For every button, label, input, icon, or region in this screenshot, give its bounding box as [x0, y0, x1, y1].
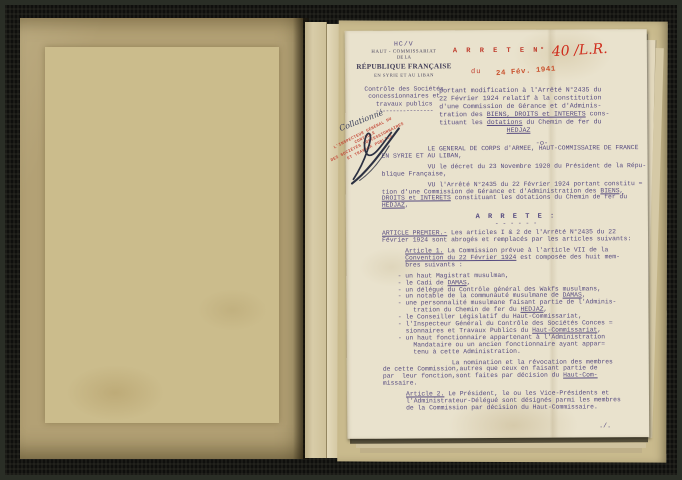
reference-code: HC/V: [355, 40, 453, 48]
article-premier: ARTICLE PREMIER.- Les articles I & 2 de …: [382, 229, 650, 244]
vu-clause-2: VU l'Arrêté N°2435 du 22 Février 1924 po…: [382, 181, 650, 210]
list-item: - un haut fonctionnaire appartenant à l'…: [383, 334, 651, 356]
decree-heading: A R R E T E N° 40 /L.R. du 24 Fév. 1941: [453, 42, 645, 78]
handwritten-decree-number: 40 /L.R.: [551, 41, 608, 60]
book-scan: HC/V HAUT - COMMISSARIAT DE LA RÉPUBLIQU…: [0, 0, 682, 480]
decree-body: LE GENERAL DE CORPS d'ARMEE, HAUT-COMMIS…: [381, 145, 651, 417]
article-2: Article 2. Le Président, le ou les Vice-…: [383, 390, 651, 412]
arrete-number-label: A R R E T E N°: [453, 43, 547, 56]
left-endpaper: [20, 18, 303, 459]
page-stack-bottom-edge: [360, 448, 642, 453]
arrete-dashes: - - - - - -: [382, 220, 650, 227]
nomination-paragraph: La nomination et la révocation des membr…: [383, 359, 651, 388]
members-list: - un haut Magistrat musulman, - le Cadi …: [382, 272, 651, 357]
vu-clause-1: VU le décret du 23 Novembre 1920 du Prés…: [382, 163, 650, 178]
date-stamp: 24 Fév. 1941: [496, 66, 556, 79]
continuation-mark: ./.: [599, 422, 611, 429]
letterhead-line: HAUT - COMMISSARIAT: [355, 49, 453, 55]
du-label: du: [471, 68, 481, 76]
opening-formula: LE GENERAL DE CORPS d'ARMEE, HAUT-COMMIS…: [381, 145, 649, 160]
letterhead-line: DE LA: [355, 55, 453, 61]
document-sheet: HC/V HAUT - COMMISSARIAT DE LA RÉPUBLIQU…: [345, 29, 649, 439]
left-endpaper-panel: [45, 47, 279, 423]
signature-icon: [340, 120, 409, 186]
flyleaf-edge: [305, 22, 327, 458]
article-1: Article 1. La Commission prévue à l'arti…: [382, 247, 650, 269]
arrete-section-heading: A R R E T E : - - - - - -: [382, 213, 650, 227]
republique-francaise-label: RÉPUBLIQUE FRANÇAISE: [355, 62, 453, 71]
letterhead-line: EN SYRIE ET AU LIBAN: [355, 72, 453, 78]
decree-subject: portant modification à l'Arrêté N°2435 d…: [439, 86, 644, 135]
